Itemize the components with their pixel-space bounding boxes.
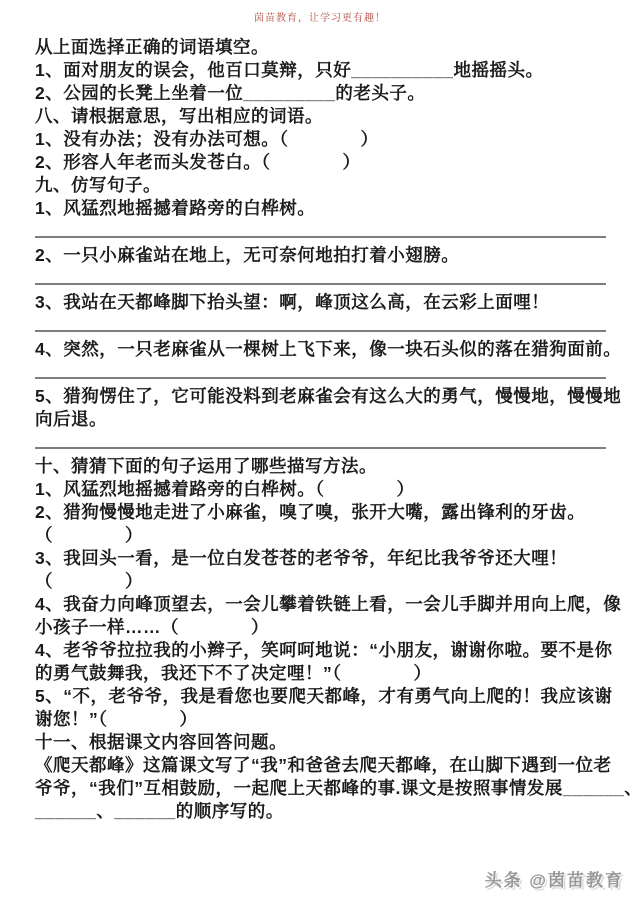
continuation-line: 小孩子一样……（ ） (35, 616, 607, 639)
blank-answer-line (35, 377, 606, 379)
question-line: 1、没有办法；没有办法可想。（ ） (35, 128, 607, 151)
continuation-line: （ ） (35, 570, 607, 593)
question-line: 4、老爷爷拉拉我的小辫子，笑呵呵地说：“小朋友，谢谢你啦。要不是你 (35, 639, 607, 662)
question-line: 5、猎狗愣住了，它可能没料到老麻雀会有这么大的勇气，慢慢地，慢慢地 (35, 385, 607, 408)
question-line: 3、我站在天都峰脚下抬头望：啊，峰顶这么高，在云彩上面哩！ (35, 291, 607, 314)
question-line: 5、“不，老爷爷，我是看您也要爬天都峰，才有勇气向上爬的！我应该谢 (35, 685, 607, 708)
continuation-line: 的勇气鼓舞我，我还下不了决定哩！”（ ） (35, 662, 607, 685)
section-heading: 十一、根据课文内容回答问题。 (35, 731, 607, 754)
header-caption: 茵苗教育，让学习更有趣！ (0, 0, 640, 24)
question-line: 1、风猛烈地摇撼着路旁的白桦树。（ ） (35, 478, 607, 501)
section-heading: 十、猜猜下面的句子运用了哪些描写方法。 (35, 455, 607, 478)
question-line: 4、突然，一只老麻雀从一棵树上飞下来，像一块石头似的落在猎狗面前。 (35, 338, 607, 361)
continuation-line: 谢您！”（ ） (35, 708, 607, 731)
document-body: 从上面选择正确的词语填空。1、面对朋友的误会，他百口莫辩，只好_________… (0, 24, 640, 823)
section-heading: 八、请根据意思，写出相应的词语。 (35, 105, 607, 128)
question-line: 1、风猛烈地摇撼着路旁的白桦树。 (35, 197, 607, 220)
blank-answer-line (35, 283, 606, 285)
instruction-line: 从上面选择正确的词语填空。 (35, 36, 607, 59)
question-line: 2、公园的长凳上坐着一位_________的老头子。 (35, 82, 607, 105)
passage-line: 《爬天都峰》这篇课文写了“我”和爸爸去爬天都峰，在山脚下遇到一位老 (35, 754, 607, 777)
continuation-line: 向后退。 (35, 408, 607, 431)
question-line: 2、猎狗慢慢地走进了小麻雀，嗅了嗅，张开大嘴，露出锋利的牙齿。 (35, 501, 607, 524)
question-line: 3、我回头一看，是一位白发苍苍的老爷爷，年纪比我爷爷还大哩！ (35, 547, 607, 570)
section-heading: 九、仿写句子。 (35, 174, 607, 197)
blank-answer-line (35, 330, 606, 332)
question-line: 4、我奋力向峰顶望去，一会儿攀着铁链上看，一会儿手脚并用向上爬，像 (35, 593, 607, 616)
blank-answer-line (35, 236, 606, 238)
question-line: 2、一只小麻雀站在地上，无可奈何地拍打着小翅膀。 (35, 244, 607, 267)
blank-answer-line (35, 447, 606, 449)
passage-line: ______、______的顺序写的。 (35, 800, 607, 823)
watermark: 头条 @茵苗教育 (485, 866, 624, 891)
question-line: 1、面对朋友的误会，他百口莫辩，只好__________地摇摇头。 (35, 59, 607, 82)
continuation-line: （ ） (35, 524, 607, 547)
passage-line: 爷爷，“我们”互相鼓励，一起爬上天都峰的事.课文是按照事情发展______、 (35, 777, 607, 800)
question-line: 2、形容人年老而头发苍白。（ ） (35, 151, 607, 174)
